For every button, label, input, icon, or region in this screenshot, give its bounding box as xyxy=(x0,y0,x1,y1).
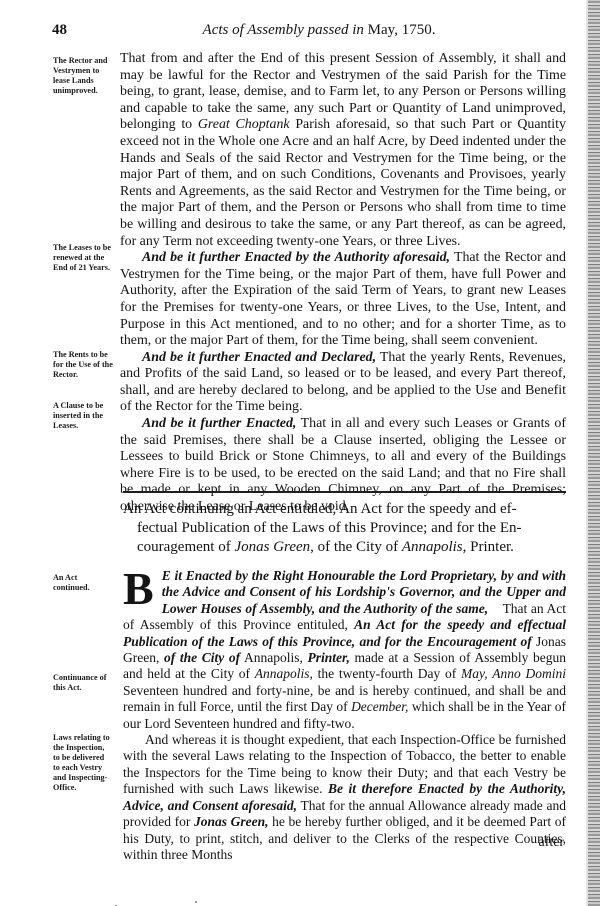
print-speck xyxy=(195,901,197,903)
printer-name: Jonas Green, xyxy=(234,539,313,555)
city-name: Annapolis, xyxy=(402,539,467,555)
margin-note-leases-renewed: The Leases to be renewed at the End of 2… xyxy=(53,243,113,273)
paragraph-renewal: And be it further Enacted by the Authori… xyxy=(120,250,566,350)
margin-note-clause-inserted: A Clause to be inserted in the Leases. xyxy=(53,401,113,431)
paragraph-lease-power: That from and after the End of this pres… xyxy=(120,51,566,250)
enacting-clause: E it Enacted by the Right Honourable the… xyxy=(123,568,566,732)
page-edge-scan xyxy=(588,0,600,906)
page-header: 48 Acts of Assembly passed in May, 1750. xyxy=(0,18,590,42)
margin-note-rents-use: The Rents to be for the Use of the Recto… xyxy=(53,350,113,380)
section-divider-rule xyxy=(123,491,566,493)
margin-note-rector-lease: The Rector and Vestrymen to lease Lands … xyxy=(53,56,113,96)
margin-note-act-continued: An Act continued. xyxy=(53,573,113,593)
running-head: Acts of Assembly passed in May, 1750. xyxy=(0,22,590,39)
paragraph-rents: And be it further Enacted and Declared, … xyxy=(120,350,566,416)
page-edge-shadow xyxy=(586,0,588,906)
section-continuing-act: B E it Enacted by the Right Honourable t… xyxy=(123,568,566,863)
running-head-date: May, 1750. xyxy=(368,22,436,38)
catchword: after xyxy=(539,835,564,851)
drop-cap: B xyxy=(123,570,154,608)
section-rector-leases: That from and after the End of this pres… xyxy=(120,51,566,516)
paragraph-inspection-laws: And whereas it is thought expedient, tha… xyxy=(123,732,566,863)
margin-note-laws-inspection: Laws relating to the Inspection, to be d… xyxy=(53,733,113,793)
parish-name: Great Choptank xyxy=(198,117,290,132)
act-title: An Act continuing an Act entituled, An A… xyxy=(123,500,566,557)
margin-note-continuance: Continuance of this Act. xyxy=(53,673,113,693)
running-head-italic: Acts of Assembly passed in xyxy=(203,22,364,38)
